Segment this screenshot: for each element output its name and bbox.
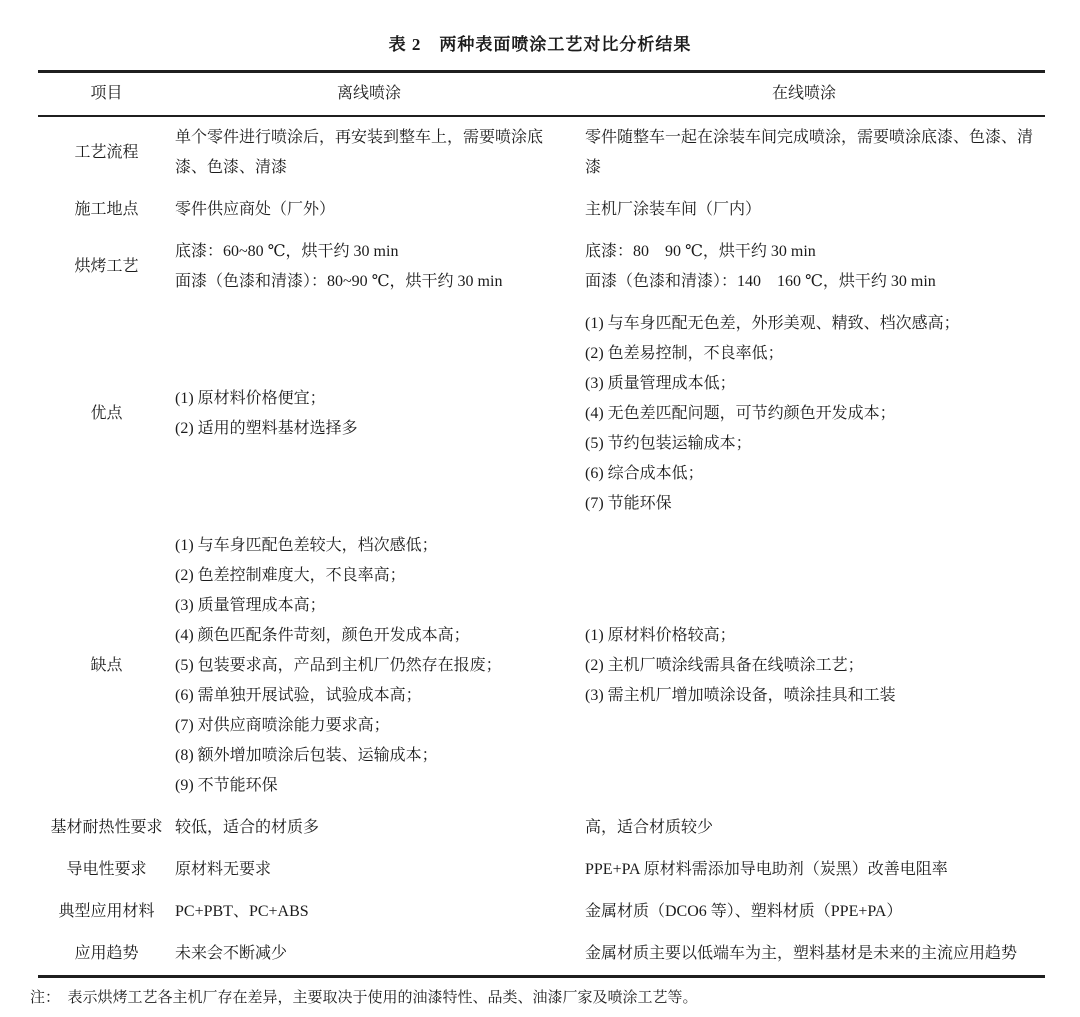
cell-line: (5) 节约包装运输成本；	[585, 429, 1041, 459]
online-cell: 高，适合材质较少	[563, 813, 1045, 843]
offline-cell: 原材料无要求	[175, 855, 563, 885]
cell-line: 金属材质主要以低端车为主，塑料基材是未来的主流应用趋势	[585, 939, 1041, 969]
online-cell: (1) 与车身匹配无色差，外形美观、精致、档次感高；(2) 色差易控制，不良率低…	[563, 309, 1045, 519]
cell-line: (5) 包装要求高，产品到主机厂仍然存在报废；	[175, 651, 555, 681]
online-cell: 底漆：80 90 ℃，烘干约 30 min面漆（色漆和清漆）：140 160 ℃…	[563, 237, 1045, 297]
online-cell: 金属材质主要以低端车为主，塑料基材是未来的主流应用趋势	[563, 939, 1045, 969]
offline-cell: 未来会不断减少	[175, 939, 563, 969]
table-body: 工艺流程 单个零件进行喷涂后，再安装到整车上，需要喷涂底漆、色漆、清漆 零件随整…	[38, 117, 1045, 975]
cell-line: (7) 节能环保	[585, 489, 1041, 519]
row-label: 基材耐热性要求	[38, 816, 175, 840]
cell-line: (3) 需主机厂增加喷涂设备，喷涂挂具和工装	[585, 681, 1041, 711]
cell-line: (9) 不节能环保	[175, 771, 555, 801]
online-cell: PPE+PA 原材料需添加导电助剂（炭黑）改善电阻率	[563, 855, 1045, 885]
cell-line: 面漆（色漆和清漆）：140 160 ℃，烘干约 30 min	[585, 267, 1041, 297]
cell-line: 底漆：80 90 ℃，烘干约 30 min	[585, 237, 1041, 267]
comparison-table: 项目 离线喷涂 在线喷涂 工艺流程 单个零件进行喷涂后，再安装到整车上，需要喷涂…	[38, 70, 1045, 978]
cell-line: (8) 额外增加喷涂后包装、运输成本；	[175, 741, 555, 771]
table-header-row: 项目 离线喷涂 在线喷涂	[38, 73, 1045, 117]
offline-cell: 单个零件进行喷涂后，再安装到整车上，需要喷涂底漆、色漆、清漆	[175, 123, 563, 183]
cell-line: 主机厂涂装车间（厂内）	[585, 195, 1041, 225]
row-label: 应用趋势	[38, 942, 175, 966]
online-cell: (1) 原材料价格较高；(2) 主机厂喷涂线需具备在线喷涂工艺；(3) 需主机厂…	[563, 621, 1045, 711]
cell-line: PC+PBT、PC+ABS	[175, 897, 555, 927]
table-row: 施工地点 零件供应商处（厂外） 主机厂涂装车间（厂内）	[38, 189, 1045, 231]
table-row: 优点 (1) 原材料价格便宜；(2) 适用的塑料基材选择多 (1) 与车身匹配无…	[38, 303, 1045, 525]
offline-cell: 底漆：60~80 ℃，烘干约 30 min面漆（色漆和清漆）：80~90 ℃，烘…	[175, 237, 563, 297]
row-label: 缺点	[38, 654, 175, 678]
cell-line: 高，适合材质较少	[585, 813, 1041, 843]
table-title: 表 2 两种表面喷涂工艺对比分析结果	[0, 30, 1080, 55]
cell-line: 零件供应商处（厂外）	[175, 195, 555, 225]
cell-line: (6) 需单独开展试验，试验成本高；	[175, 681, 555, 711]
cell-line: (7) 对供应商喷涂能力要求高；	[175, 711, 555, 741]
table-row: 烘烤工艺 底漆：60~80 ℃，烘干约 30 min面漆（色漆和清漆）：80~9…	[38, 231, 1045, 303]
cell-line: (1) 与车身匹配无色差，外形美观、精致、档次感高；	[585, 309, 1041, 339]
cell-line: (4) 颜色匹配条件苛刻，颜色开发成本高；	[175, 621, 555, 651]
cell-line: (6) 综合成本低；	[585, 459, 1041, 489]
offline-cell: PC+PBT、PC+ABS	[175, 897, 563, 927]
cell-line: PPE+PA 原材料需添加导电助剂（炭黑）改善电阻率	[585, 855, 1041, 885]
online-cell: 零件随整车一起在涂装车间完成喷涂，需要喷涂底漆、色漆、清漆	[563, 123, 1045, 183]
table-row: 工艺流程 单个零件进行喷涂后，再安装到整车上，需要喷涂底漆、色漆、清漆 零件随整…	[38, 117, 1045, 189]
cell-line: 较低，适合的材质多	[175, 813, 555, 843]
document-page: 表 2 两种表面喷涂工艺对比分析结果 项目 离线喷涂 在线喷涂 工艺流程 单个零…	[0, 0, 1080, 1017]
cell-line: (2) 主机厂喷涂线需具备在线喷涂工艺；	[585, 651, 1041, 681]
row-label: 烘烤工艺	[38, 255, 175, 279]
cell-line: (4) 无色差匹配问题，可节约颜色开发成本；	[585, 399, 1041, 429]
cell-line: (2) 色差易控制，不良率低；	[585, 339, 1041, 369]
cell-line: (3) 质量管理成本高；	[175, 591, 555, 621]
row-label: 工艺流程	[38, 141, 175, 165]
cell-line: (2) 色差控制难度大，不良率高；	[175, 561, 555, 591]
cell-line: 面漆（色漆和清漆）：80~90 ℃，烘干约 30 min	[175, 267, 555, 297]
cell-line: 原材料无要求	[175, 855, 555, 885]
cell-line: (3) 质量管理成本低；	[585, 369, 1041, 399]
offline-cell: (1) 原材料价格便宜；(2) 适用的塑料基材选择多	[175, 384, 563, 444]
online-cell: 金属材质（DCO6 等）、塑料材质（PPE+PA）	[563, 897, 1045, 927]
cell-line: 金属材质（DCO6 等）、塑料材质（PPE+PA）	[585, 897, 1041, 927]
offline-cell: 较低，适合的材质多	[175, 813, 563, 843]
header-offline-column: 离线喷涂	[175, 82, 563, 106]
header-online-column: 在线喷涂	[563, 82, 1045, 106]
cell-line: (1) 原材料价格较高；	[585, 621, 1041, 651]
cell-line: 未来会不断减少	[175, 939, 555, 969]
table-row: 导电性要求 原材料无要求 PPE+PA 原材料需添加导电助剂（炭黑）改善电阻率	[38, 849, 1045, 891]
cell-line: 零件随整车一起在涂装车间完成喷涂，需要喷涂底漆、色漆、清漆	[585, 123, 1041, 183]
cell-line: (1) 原材料价格便宜；	[175, 384, 555, 414]
table-row: 基材耐热性要求 较低，适合的材质多 高，适合材质较少	[38, 807, 1045, 849]
row-label: 导电性要求	[38, 858, 175, 882]
table-row: 应用趋势 未来会不断减少 金属材质主要以低端车为主，塑料基材是未来的主流应用趋势	[38, 933, 1045, 975]
offline-cell: 零件供应商处（厂外）	[175, 195, 563, 225]
cell-line: 底漆：60~80 ℃，烘干约 30 min	[175, 237, 555, 267]
offline-cell: (1) 与车身匹配色差较大，档次感低；(2) 色差控制难度大，不良率高；(3) …	[175, 531, 563, 801]
cell-line: (2) 适用的塑料基材选择多	[175, 414, 555, 444]
header-item-column: 项目	[38, 82, 175, 106]
table-row: 典型应用材料 PC+PBT、PC+ABS 金属材质（DCO6 等）、塑料材质（P…	[38, 891, 1045, 933]
cell-line: 单个零件进行喷涂后，再安装到整车上，需要喷涂底漆、色漆、清漆	[175, 123, 555, 183]
online-cell: 主机厂涂装车间（厂内）	[563, 195, 1045, 225]
table-row: 缺点 (1) 与车身匹配色差较大，档次感低；(2) 色差控制难度大，不良率高；(…	[38, 525, 1045, 807]
table-footnote: 注： 表示烘烤工艺各主机厂存在差异，主要取决于使用的油漆特性、品类、油漆厂家及喷…	[30, 987, 1045, 1009]
cell-line: (1) 与车身匹配色差较大，档次感低；	[175, 531, 555, 561]
row-label: 施工地点	[38, 198, 175, 222]
row-label: 优点	[38, 402, 175, 426]
row-label: 典型应用材料	[38, 900, 175, 924]
